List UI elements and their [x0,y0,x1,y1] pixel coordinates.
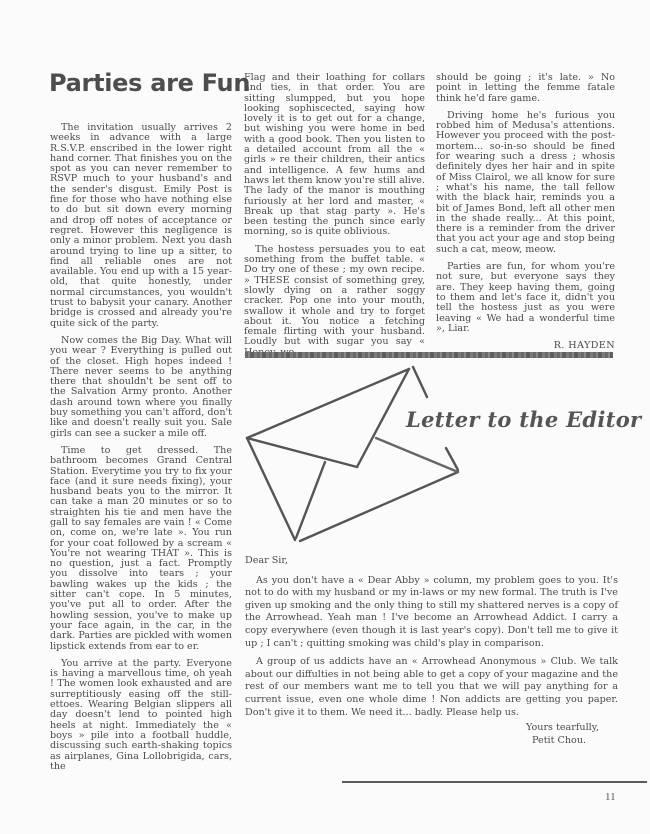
article-paragraph: Time to get dressed. The bathroom become… [50,446,232,652]
article-paragraph: Driving home he's furious you rob­bed hi… [436,111,615,255]
article-paragraph: Parties are fun, for whom you're not sur… [436,262,615,334]
letter-salutation: Dear Sir, [245,555,618,568]
letter-signature: Petit Chou. [526,735,599,748]
magazine-page: Parties are Fun The invitation usually a… [0,0,650,834]
letter-closing: Yours tearfully, [526,722,599,735]
article-paragraph: The hostess persuades you to eat somethi… [244,245,425,358]
letter-heading: Letter to the Editor [406,407,641,432]
letter-signoff: Yours tearfully, Petit Chou. [526,722,599,747]
article-paragraph: should be going ; it's late. » No point … [436,73,615,104]
envelope-icon [240,360,480,550]
article-title: Parties are Fun [49,69,244,97]
article-byline: R. HAYDEN [436,341,615,351]
letter-body: Dear Sir, As you don't have a « Dear Abb… [245,555,618,725]
article-column-3: should be going ; it's late. » No point … [436,73,615,358]
article-paragraph: Now comes the Big Day. What will you wea… [50,336,232,439]
letter-paragraph: As you don't have a « Dear Abby » column… [245,575,618,651]
article-paragraph: You arrive at the party. Everyone is hav… [50,659,232,772]
article-paragraph: Flag and their loathing for collars and … [244,73,425,238]
page-number: 11 [605,791,616,803]
section-divider [245,352,613,358]
article-column-1: The invitation usually arrives 2 weeks i… [50,123,232,779]
footer-rule [342,781,647,783]
article-paragraph: The invitation usually arrives 2 weeks i… [50,123,232,329]
article-column-2: Flag and their loathing for collars and … [244,73,425,365]
letter-paragraph: A group of us addicts have an « Arrowhea… [245,656,618,719]
